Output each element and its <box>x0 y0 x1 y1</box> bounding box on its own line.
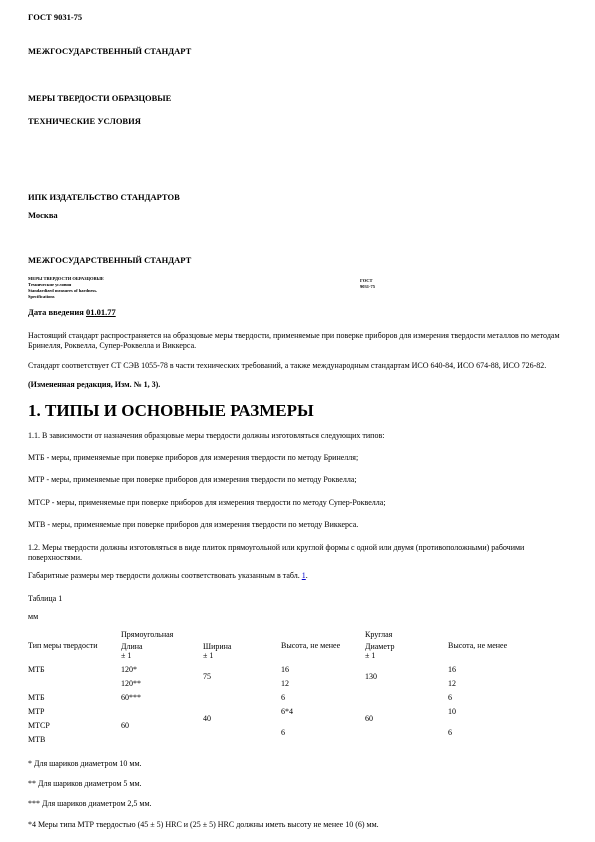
cell-height-rect: 6*4 <box>281 705 365 719</box>
compliance-paragraph: Стандарт соответствует СТ СЭВ 1055-78 в … <box>28 361 567 371</box>
table-row: МТСР 6 6 <box>28 719 567 733</box>
col-header-height-round: Высота, не менее <box>448 629 567 663</box>
effective-date-line: Дата введения 01.01.77 <box>28 307 567 318</box>
table-row: 120** 12 12 <box>28 677 567 691</box>
doc-number: ГОСТ 9031-75 <box>28 13 567 22</box>
cell-height-rect: 6 <box>281 719 365 747</box>
document-title-line1: МЕРЫ ТВЕРДОСТИ ОБРАЗЦОВЫЕ <box>28 94 567 103</box>
cell-height-round: 6 <box>448 691 567 705</box>
standard-header-titles: МЕРЫ ТВЕРДОСТИ ОБРАЗЦОВЫЕ Технические ус… <box>28 276 567 300</box>
table-row: МТБ 60*** 40 6 60 6 <box>28 691 567 705</box>
cell-width: 75 <box>203 663 281 691</box>
cell-height-rect: 6 <box>281 691 365 705</box>
footnote-4: *4 Меры типа МТР твердостью (45 ± 5) HRC… <box>28 820 567 830</box>
dimensions-table: Тип меры твердости Прямоугольная Высота,… <box>28 629 567 747</box>
footnote-3: *** Для шариков диаметром 2,5 мм. <box>28 799 567 809</box>
cell-width: 40 <box>203 691 281 747</box>
col-header-width-label: Ширина <box>203 642 279 651</box>
standard-header-gost-ref: ГОСТ 9031-75 <box>360 278 375 290</box>
cell-length: 120* <box>121 663 203 677</box>
col-header-width-tolerance: ± 1 <box>203 651 279 660</box>
cell-type <box>28 677 121 691</box>
col-header-diameter-tolerance: ± 1 <box>365 651 446 660</box>
table-row: МТР 60 6*4 10 <box>28 705 567 719</box>
col-header-width: Ширина ± 1 <box>203 641 281 663</box>
clause-1-2: 1.2. Меры твердости должны изготовляться… <box>28 543 567 564</box>
cell-height-rect: 16 <box>281 663 365 677</box>
effective-date-label: Дата введения <box>28 307 86 317</box>
cell-type: МТВ <box>28 733 121 747</box>
cell-type: МТР <box>28 705 121 719</box>
footnote-1: * Для шариков диаметром 10 мм. <box>28 759 567 769</box>
gost-ref-line2: 9031-75 <box>360 284 375 290</box>
col-group-round: Круглая <box>365 629 448 641</box>
amendment-note: (Измененная редакция, Изм. № 1, 3). <box>28 380 567 390</box>
col-header-length: Длина ± 1 <box>121 641 203 663</box>
cell-type: МТСР <box>28 719 121 733</box>
standard-type-heading-mid: МЕЖГОСУДАРСТВЕННЫЙ СТАНДАРТ <box>28 256 567 265</box>
dimensions-text-end: . <box>306 571 308 580</box>
cell-length: 60*** <box>121 691 203 705</box>
clause-1-1: 1.1. В зависимости от назначения образцо… <box>28 431 567 441</box>
dimensions-text: Габаритные размеры мер твердости должны … <box>28 571 302 580</box>
section-1-title: 1. ТИПЫ И ОСНОВНЫЕ РАЗМЕРЫ <box>28 401 567 421</box>
scope-paragraph: Настоящий стандарт распространяется на о… <box>28 331 567 352</box>
standard-header-subtitle-en: Specifications <box>28 294 567 300</box>
publisher-line: ИПК ИЗДАТЕЛЬСТВО СТАНДАРТОВ <box>28 193 567 202</box>
type-item-mtsr: МТСР - меры, применяемые при поверке при… <box>28 498 567 508</box>
effective-date-link[interactable]: 01.01.77 <box>86 307 116 317</box>
cell-diameter: 60 <box>365 691 448 747</box>
cell-height-round: 12 <box>448 677 567 691</box>
cell-type: МТБ <box>28 663 121 677</box>
table-row: МТБ 120* 75 16 130 16 <box>28 663 567 677</box>
cell-diameter: 130 <box>365 663 448 691</box>
standard-header-block: МЕРЫ ТВЕРДОСТИ ОБРАЗЦОВЫЕ Технические ус… <box>28 276 567 302</box>
cell-length: 120** <box>121 677 203 691</box>
col-header-length-label: Длина <box>121 642 201 651</box>
type-item-mtr: МТР - меры, применяемые при поверке приб… <box>28 475 567 485</box>
col-header-type: Тип меры твердости <box>28 629 121 663</box>
col-header-diameter-label: Диаметр <box>365 642 446 651</box>
cell-height-round: 10 <box>448 705 567 719</box>
table-units: мм <box>28 612 567 622</box>
standard-type-heading-top: МЕЖГОСУДАРСТВЕННЫЙ СТАНДАРТ <box>28 47 567 56</box>
col-group-spacer-1 <box>203 629 281 641</box>
col-header-length-tolerance: ± 1 <box>121 651 201 660</box>
city-line: Москва <box>28 211 567 220</box>
type-item-mtb: МТБ - меры, применяемые при поверке приб… <box>28 453 567 463</box>
cell-length: 60 <box>121 705 203 747</box>
col-header-height-rect: Высота, не менее <box>281 629 365 663</box>
table-caption: Таблица 1 <box>28 594 567 604</box>
col-header-diameter: Диаметр ± 1 <box>365 641 448 663</box>
type-item-mtv: МТВ - меры, применяемые при поверке приб… <box>28 520 567 530</box>
document-title-line2: ТЕХНИЧЕСКИЕ УСЛОВИЯ <box>28 117 567 126</box>
col-group-rectangular: Прямоугольная <box>121 629 203 641</box>
document-page: ГОСТ 9031-75 МЕЖГОСУДАРСТВЕННЫЙ СТАНДАРТ… <box>0 0 595 842</box>
cell-height-rect: 12 <box>281 677 365 691</box>
cell-type: МТБ <box>28 691 121 705</box>
cell-height-round: 16 <box>448 663 567 677</box>
cell-height-round: 6 <box>448 719 567 747</box>
dimensions-paragraph: Габаритные размеры мер твердости должны … <box>28 571 567 581</box>
footnote-2: ** Для шариков диаметром 5 мм. <box>28 779 567 789</box>
